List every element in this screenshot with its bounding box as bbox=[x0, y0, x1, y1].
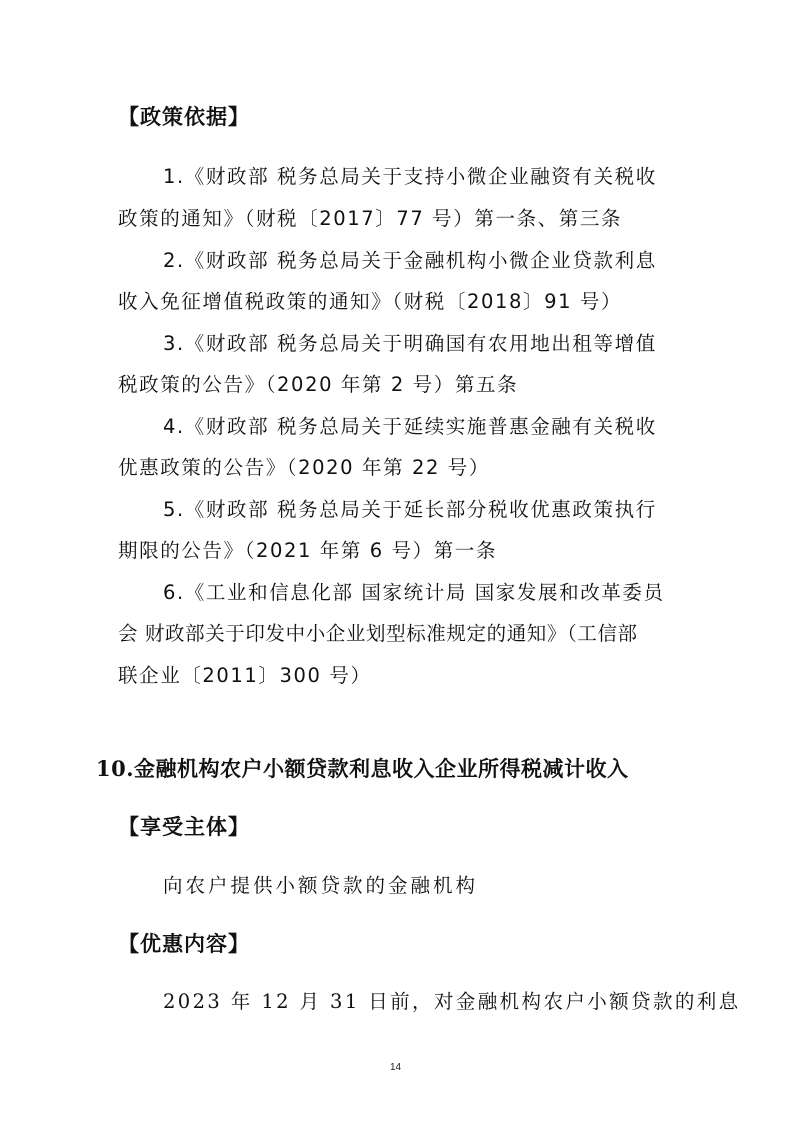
policy-item-6-line-3: 联企业〔2011〕300 号） bbox=[118, 666, 372, 686]
beneficiary-label: 【享受主体】 bbox=[118, 817, 250, 838]
page-number: 14 bbox=[390, 1063, 401, 1073]
policy-item-3-line-1: 3.《财政部 税务总局关于明确国有农用地出租等增值 bbox=[163, 334, 657, 354]
policy-item-6-line-2: 会 财政部关于印发中小企业划型标准规定的通知》（工信部 bbox=[118, 624, 638, 644]
policy-item-1-line-2: 政策的通知》（财税〔2017〕77 号）第一条、第三条 bbox=[118, 209, 622, 229]
beneficiary-text: 向农户提供小额贷款的金融机构 bbox=[163, 876, 478, 896]
policy-item-6-line-1: 6.《工业和信息化部 国家统计局 国家发展和改革委员 bbox=[163, 583, 665, 603]
policy-item-5-line-1: 5.《财政部 税务总局关于延长部分税收优惠政策执行 bbox=[163, 500, 657, 520]
benefit-label: 【优惠内容】 bbox=[118, 934, 250, 955]
policy-basis-label: 【政策依据】 bbox=[118, 107, 250, 128]
policy-item-4-line-2: 优惠政策的公告》（2020 年第 22 号） bbox=[118, 458, 490, 478]
policy-item-2-line-2: 收入免征增值税政策的通知》（财税〔2018〕91 号） bbox=[118, 292, 622, 312]
policy-item-3-line-2: 税政策的公告》（2020 年第 2 号）第五条 bbox=[118, 375, 518, 395]
benefit-text: 2023 年 12 月 31 日前，对金融机构农户小额贷款的利息 bbox=[163, 992, 741, 1012]
policy-item-2-line-1: 2.《财政部 税务总局关于金融机构小微企业贷款利息 bbox=[163, 251, 657, 271]
policy-item-4-line-1: 4.《财政部 税务总局关于延续实施普惠金融有关税收 bbox=[163, 417, 657, 437]
policy-item-1-line-1: 1.《财政部 税务总局关于支持小微企业融资有关税收 bbox=[163, 167, 657, 187]
policy-item-5-line-2: 期限的公告》（2021 年第 6 号）第一条 bbox=[118, 541, 497, 561]
item-10-heading: 10.金融机构农户小额贷款利息收入企业所得税减计收入 bbox=[96, 758, 629, 779]
